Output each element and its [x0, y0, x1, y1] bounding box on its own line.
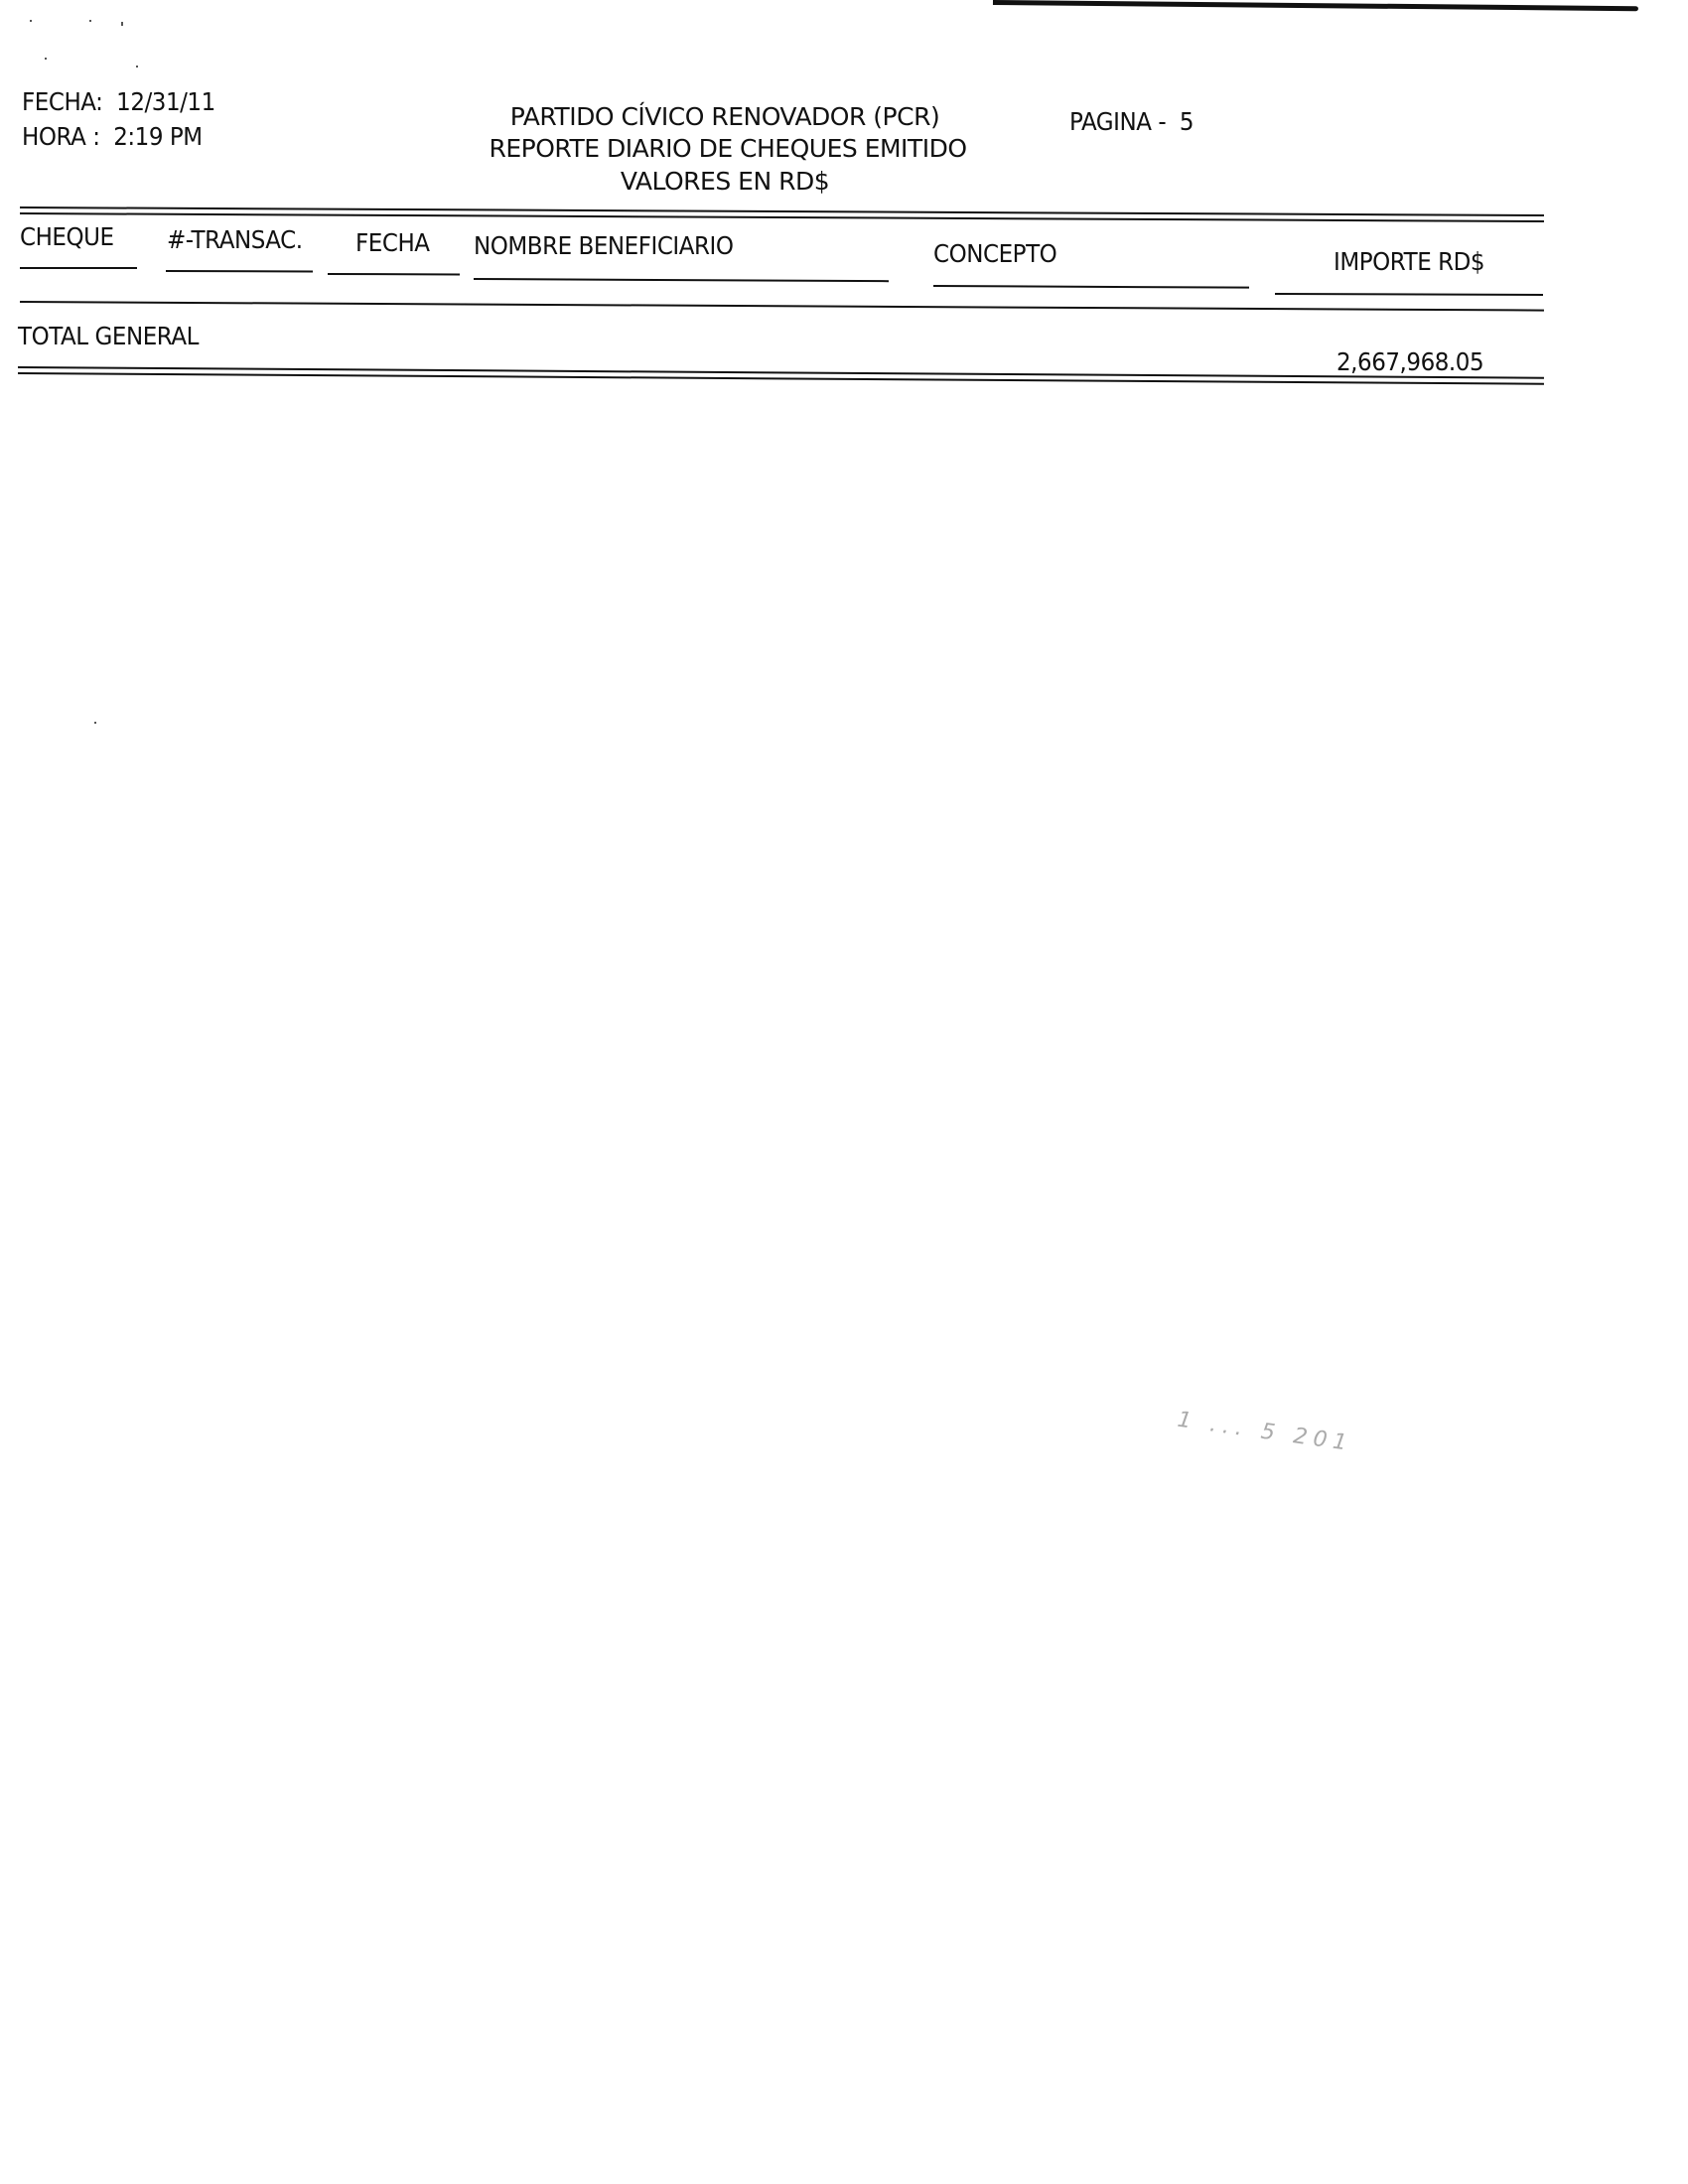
scan-speck — [89, 20, 91, 22]
time-label: HORA : — [22, 122, 99, 151]
report-title: REPORTE DIARIO DE CHEQUES EMITIDO — [430, 134, 1026, 163]
organization-title: PARTIDO CÍVICO RENOVADOR (PCR) — [427, 102, 1023, 131]
column-underline — [474, 278, 889, 282]
scan-edge-mark — [993, 0, 1638, 11]
column-underline — [933, 285, 1249, 289]
column-header-date: FECHA — [355, 228, 430, 257]
handwritten-stamp: 1 ... 5 201 — [1176, 1408, 1354, 1457]
date-value: 12/31/11 — [116, 87, 215, 116]
currency-note: VALORES EN RD$ — [427, 167, 1023, 196]
total-amount: 2,667,968.05 — [1336, 347, 1483, 376]
page-number: 5 — [1180, 107, 1194, 136]
column-header-concept: CONCEPTO — [933, 239, 1056, 268]
page-label: PAGINA - — [1069, 107, 1166, 136]
column-underline — [166, 270, 313, 273]
page-indicator: PAGINA - 5 — [1069, 107, 1194, 136]
scan-speck — [94, 722, 96, 724]
column-underline — [1275, 293, 1543, 296]
column-header-transaction: #-TRANSAC. — [167, 225, 303, 254]
column-underline — [328, 273, 460, 275]
scan-speck — [30, 20, 32, 22]
column-header-cheque: CHEQUE — [20, 222, 114, 251]
column-underline — [20, 267, 137, 269]
scan-speck — [45, 58, 47, 60]
total-rule-bottom-2 — [18, 372, 1544, 385]
column-header-beneficiary: NOMBRE BENEFICIARIO — [474, 231, 734, 260]
column-header-amount: IMPORTE RD$ — [1334, 247, 1484, 276]
total-label: TOTAL GENERAL — [18, 322, 199, 350]
report-date: FECHA: 12/31/11 — [22, 87, 215, 116]
date-label: FECHA: — [22, 87, 102, 116]
time-value: 2:19 PM — [113, 122, 202, 151]
scan-speck — [121, 22, 123, 26]
scan-speck — [136, 66, 138, 68]
total-rule-top — [20, 301, 1544, 312]
report-time: HORA : 2:19 PM — [22, 122, 203, 151]
